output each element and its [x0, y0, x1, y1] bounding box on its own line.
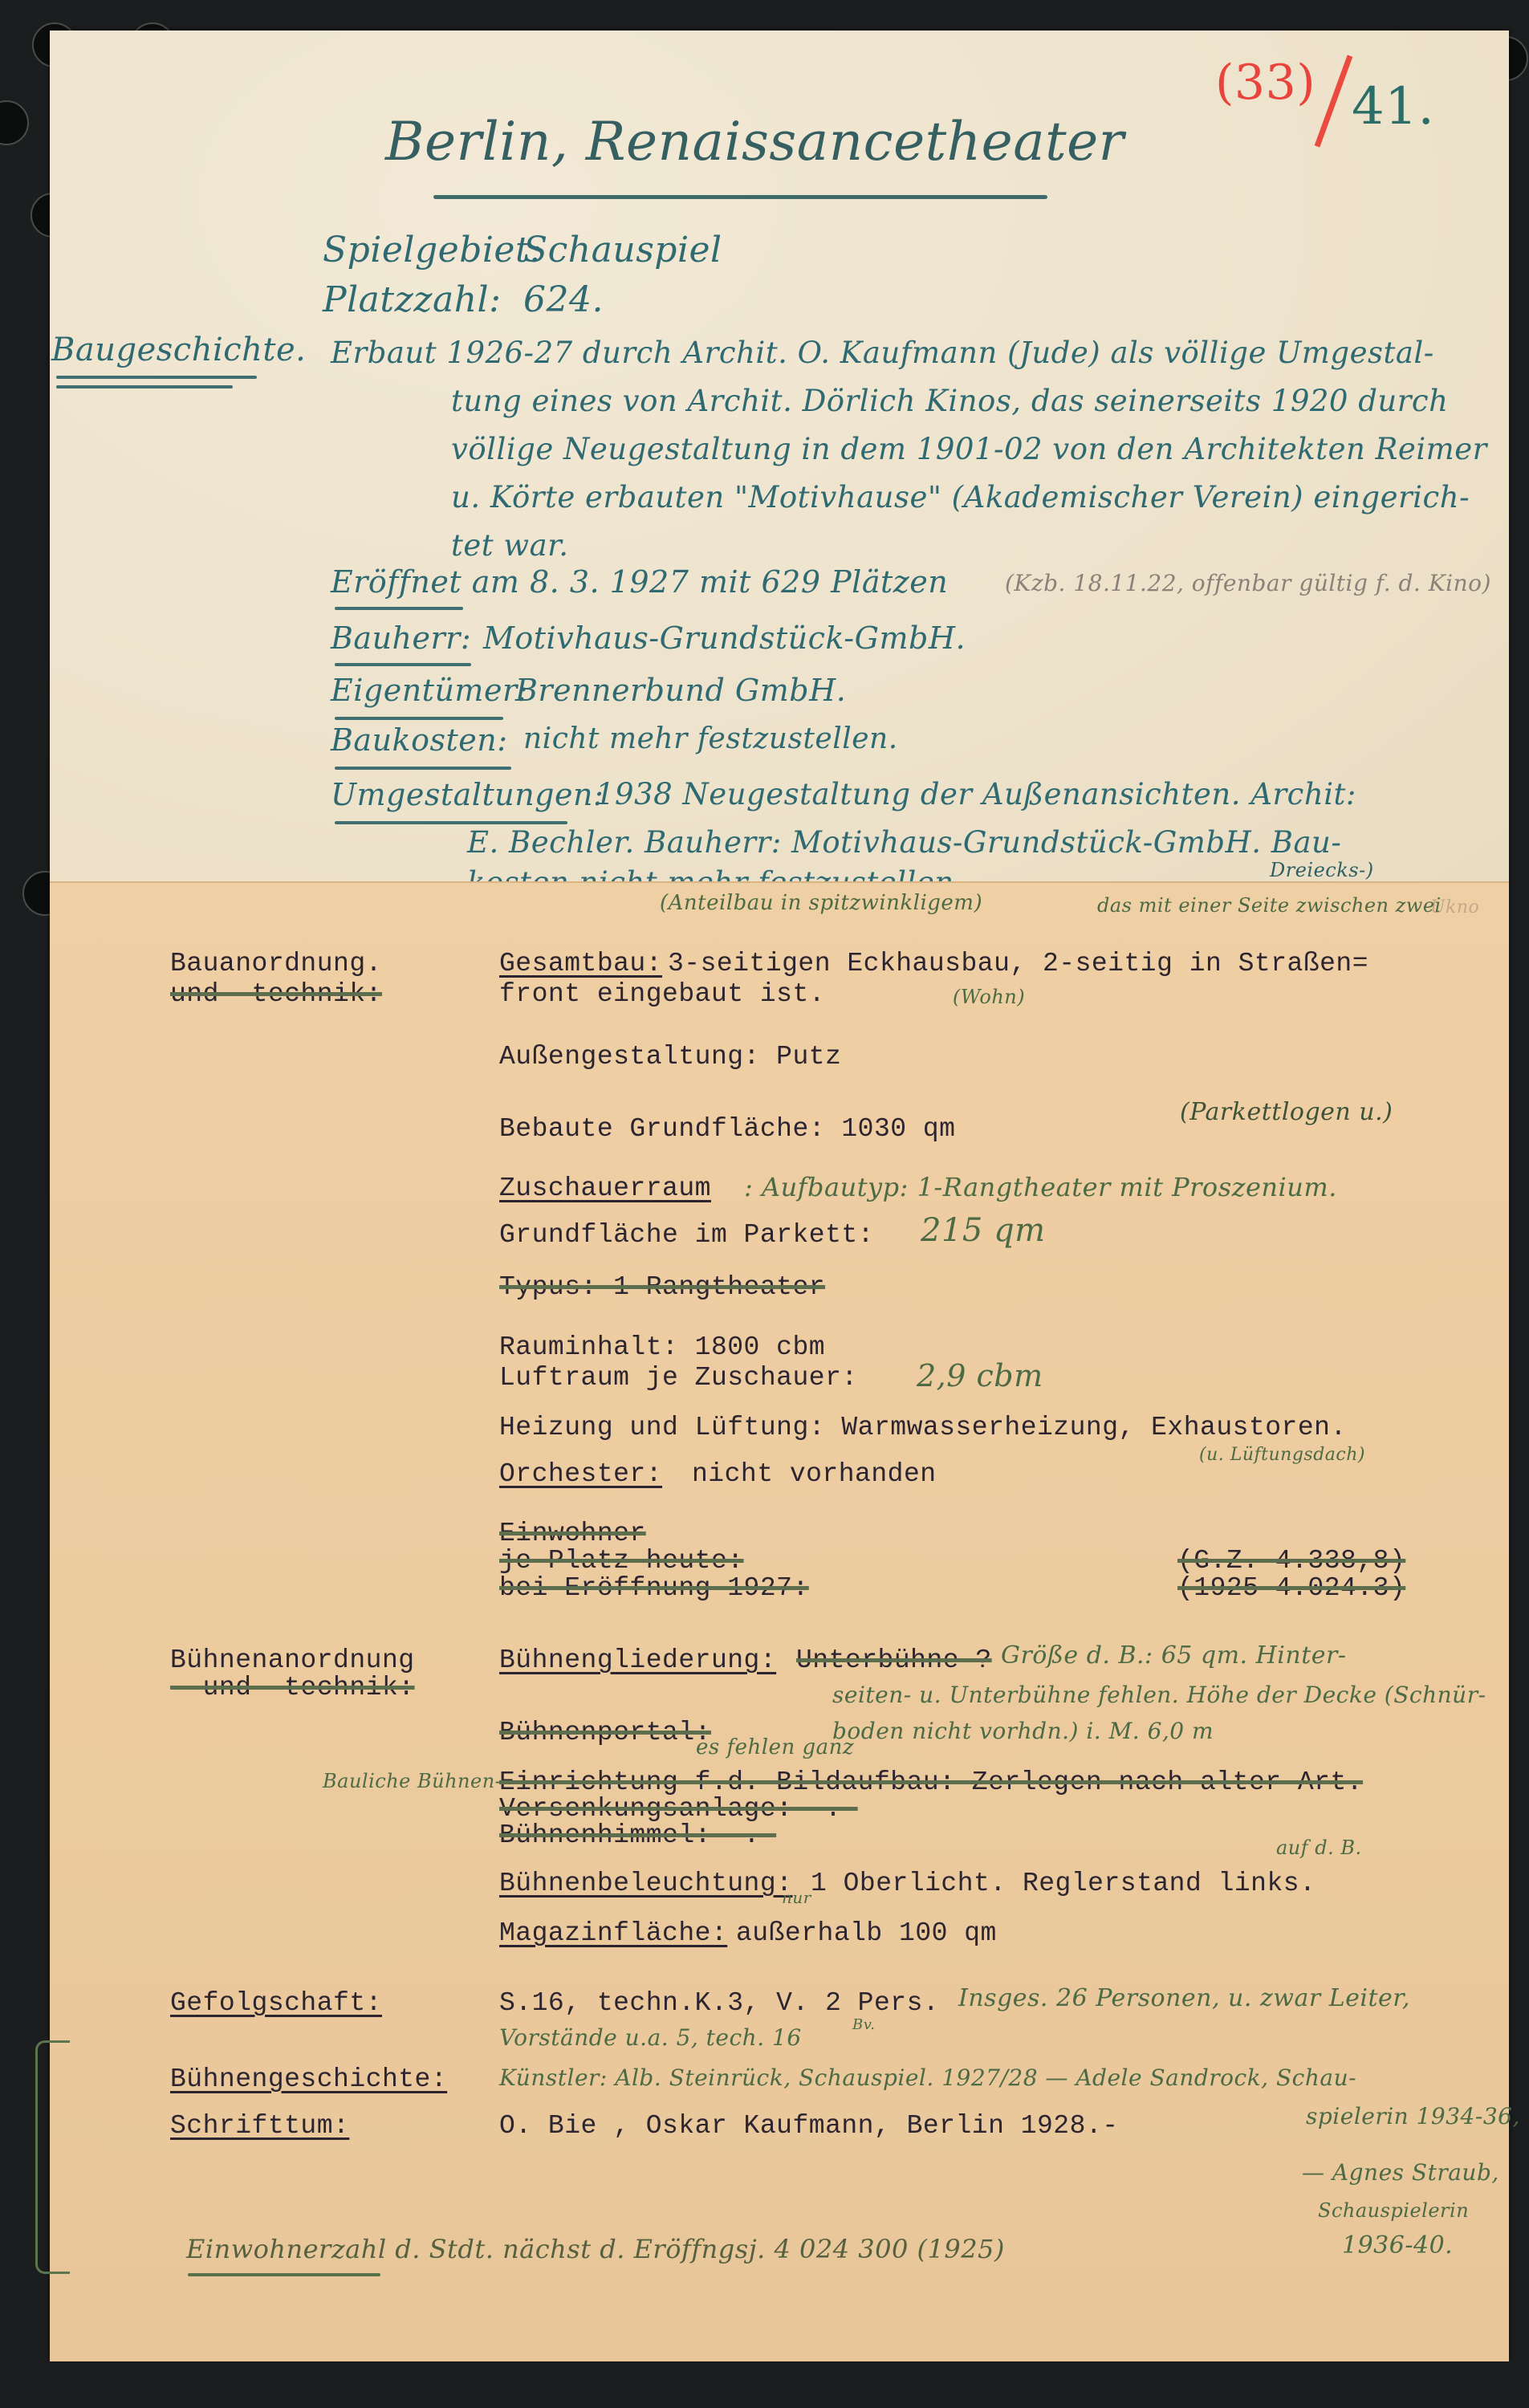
umgestaltungen-line-1: 1938 Neugestaltung der Außenansichten. A…	[596, 777, 1356, 811]
buehnengeschichte-annotation: Künstler: Alb. Steinrück, Schauspiel. 19…	[499, 2064, 1356, 2091]
buehnenanordnung-label: Bühnenanordnung	[170, 1645, 415, 1675]
eroeffnet-underline	[335, 607, 463, 610]
buehnengeschichte-annotation: Schauspielerin	[1318, 2199, 1469, 2222]
baugeschichte-label: Baugeschichte.	[51, 332, 306, 368]
baukosten-label: Baukosten:	[331, 722, 508, 758]
einwohnerzahl-note: Einwohnerzahl d. Stdt. nächst d. Eröffng…	[186, 2234, 1005, 2264]
gesamtbau-annotation: (Wohn)	[953, 986, 1025, 1008]
baukosten-value: nicht mehr festzustellen.	[523, 722, 898, 755]
baugeschichte-underline	[56, 376, 257, 379]
buehnenhimmel-struck: Bühnenhimmel: -.-	[499, 1820, 776, 1850]
orchester-label: Orchester:	[499, 1459, 662, 1489]
binder-hole	[0, 100, 29, 145]
gesamtbau-annotation: (Anteilbau in spitzwinkligem)	[660, 891, 982, 915]
zuschauerraum-label: Zuschauerraum	[499, 1173, 711, 1203]
buehnengeschichte-annotation: — Agnes Straub,	[1302, 2159, 1499, 2186]
platzzahl-label: Platzzahl:	[323, 279, 501, 320]
bauanordnung-label-struck: und -technik:	[170, 979, 382, 1009]
zuschauerraum-annotation: : Aufbautyp: 1-Rangtheater mit Proszeniu…	[744, 1172, 1337, 1202]
folio-slash	[1315, 55, 1353, 147]
handwritten-sheet: (33) 41. Berlin, Renaissancetheater Spie…	[50, 31, 1509, 883]
gesamtbau-line-1: 3-seitigen Eckhausbau, 2-seitig in Straß…	[668, 949, 1368, 978]
rauminhalt: Rauminhalt: 1800 cbm	[499, 1332, 825, 1362]
buehnengliederung-struck: Unterbühne ?	[796, 1645, 992, 1675]
typus-struck: Typus: 1-Rangtheater	[499, 1272, 825, 1302]
buehnenanordnung-label-struck: - und -technik:	[170, 1673, 415, 1702]
baugeschichte-line-2: tung eines von Archit. Dörlich Kinos, da…	[451, 384, 1448, 418]
zuschauerraum-annotation-top: (Parkettlogen u.)	[1180, 1098, 1393, 1126]
gesamtbau-label: Gesamtbau:	[499, 949, 662, 978]
einwohnerzahl-underline	[188, 2273, 380, 2276]
bauherr-underline	[335, 663, 471, 666]
buehnenbeleuchtung-value: 1 Oberlicht. Reglerstand links.	[811, 1869, 1316, 1898]
bauherr-label: Bauherr:	[331, 620, 471, 656]
umgestaltungen-line-2: E. Bechler. Bauherr: Motivhaus-Grundstüc…	[467, 825, 1341, 860]
buehnengliederung-annotation: Größe d. B.: 65 qm. Hinter-	[1001, 1641, 1347, 1670]
margin-bracket	[35, 2040, 70, 2274]
bauanordnung-label: Bauanordnung.	[170, 949, 382, 978]
baugeschichte-line-4: u. Körte erbauten "Motivhause" (Akademis…	[451, 480, 1470, 515]
eroeffnet-text: Eröffnet am 8. 3. 1927 mit 629 Plätzen	[331, 564, 948, 600]
buehnengeschichte-label: Bühnengeschichte:	[170, 2064, 447, 2094]
baugeschichte-line-1: Erbaut 1926-27 durch Archit. O. Kaufmann…	[331, 336, 1434, 370]
einrichtung-annotation: es fehlen ganz	[696, 1735, 854, 1759]
grundflaeche-parkett-value: 215 qm	[921, 1212, 1046, 1249]
magazinflaeche-label: Magazinfläche:	[499, 1918, 727, 1948]
typed-sheet: Ukno Bauanordnung. und -technik: (Anteil…	[50, 881, 1509, 2361]
folio-old-number: (33)	[1215, 55, 1316, 111]
einwohner-struck: je Platz heute:	[499, 1546, 744, 1576]
baugeschichte-line-3: völlige Neugestaltung in dem 1901-02 von…	[451, 432, 1487, 466]
eigentuemer-label: Eigentümer:	[331, 673, 528, 708]
buehnengliederung-annotation: boden nicht vorhdn.) i. M. 6,0 m	[832, 1718, 1214, 1744]
eigentuemer-underline	[335, 717, 503, 720]
spielgebiet-label: Spielgebiet:	[323, 230, 542, 270]
einwohner-struck: bei Eröffnung 1927:	[499, 1573, 809, 1603]
versenkung-struck: Versenkungsanlage: -.-	[499, 1794, 858, 1824]
baukosten-underline	[335, 767, 511, 770]
einrichtung-struck: Einrichtung f.d. Bildaufbau: Zerlegen na…	[499, 1767, 1363, 1797]
orchester-value: nicht vorhanden	[692, 1459, 937, 1489]
einwohner-values-struck: (G.Z. 4.338,8)	[1177, 1546, 1405, 1576]
umgestaltungen-underline	[335, 821, 567, 824]
bebaute-grundflaeche: Bebaute Grundfläche: 1030 qm	[499, 1114, 956, 1144]
grundflaeche-parkett-label: Grundfläche im Parkett:	[499, 1220, 874, 1250]
umgestaltungen-label: Umgestaltungen:	[331, 777, 604, 812]
luftraum-value: 2,9 cbm	[917, 1358, 1043, 1393]
buehnengeschichte-annotation: spielerin 1934-36,	[1306, 2103, 1520, 2129]
buehnenbeleuchtung-label: Bühnenbeleuchtung:	[499, 1869, 792, 1898]
magazin-annotation: nur	[782, 1888, 811, 1907]
gefolgschaft-annotation: Vorstände u.a. 5, tech. 16	[499, 2024, 802, 2051]
beleuchtung-annotation: auf d. B.	[1276, 1837, 1362, 1859]
title-underline	[433, 195, 1047, 199]
archive-document: (33) 41. Berlin, Renaissancetheater Spie…	[50, 31, 1509, 2360]
eroeffnet-note: (Kzb. 18.11.22, offenbar gültig f. d. Ki…	[1005, 570, 1491, 596]
spielgebiet-value: Schauspiel	[523, 230, 722, 270]
gefolgschaft-label: Gefolgschaft:	[170, 1988, 382, 2018]
luftraum-label: Luftraum je Zuschauer:	[499, 1363, 858, 1393]
gesamtbau-annotation: das mit einer Seite zwischen zwei	[1097, 894, 1442, 917]
schrifttum-label: Schrifttum:	[170, 2111, 349, 2141]
einwohner-values-struck: (1925 4.024.3)	[1177, 1573, 1405, 1603]
platzzahl-value: 624.	[523, 279, 604, 320]
gefolgschaft-value: S.16, techn.K.3, V. 2 Pers.	[499, 1988, 939, 2018]
heizung-annotation: (u. Lüftungsdach)	[1199, 1445, 1365, 1465]
page-title: Berlin, Renaissancetheater	[385, 111, 1124, 173]
eigentuemer-value: Brennerbund GmbH.	[515, 673, 846, 708]
buehnengeschichte-annotation: 1936-40.	[1342, 2231, 1453, 2260]
baugeschichte-line-5: tet war.	[451, 528, 569, 563]
aussengestaltung: Außengestaltung: Putz	[499, 1042, 841, 1072]
baugeschichte-underline	[56, 385, 233, 388]
folio-number: 41.	[1352, 77, 1434, 136]
gefolgschaft-value-sub: Bv.	[852, 2016, 875, 2033]
buehnenportal-struck: Bühnenportal:	[499, 1718, 711, 1747]
magazinflaeche-value: außerhalb 100 qm	[736, 1918, 997, 1948]
gefolgschaft-annotation: Insges. 26 Personen, u. zwar Leiter,	[958, 1984, 1410, 2012]
bauliche-side-note: Bauliche Bühnen-	[323, 1770, 502, 1792]
schrifttum-value: O. Bie , Oskar Kaufmann, Berlin 1928.-	[499, 2111, 1119, 2141]
gesamtbau-annotation: Dreiecks-)	[1270, 859, 1374, 881]
bauherr-value: Motivhaus-Grundstück-GmbH.	[483, 620, 966, 656]
buehnengliederung-label: Bühnengliederung:	[499, 1645, 776, 1675]
buehnengliederung-annotation: seiten- u. Unterbühne fehlen. Höhe der D…	[832, 1682, 1486, 1708]
gesamtbau-line-2: front eingebaut ist.	[499, 979, 825, 1009]
einwohner-struck: Einwohner	[499, 1519, 646, 1548]
heizung: Heizung und Lüftung: Warmwasserheizung, …	[499, 1413, 1347, 1442]
